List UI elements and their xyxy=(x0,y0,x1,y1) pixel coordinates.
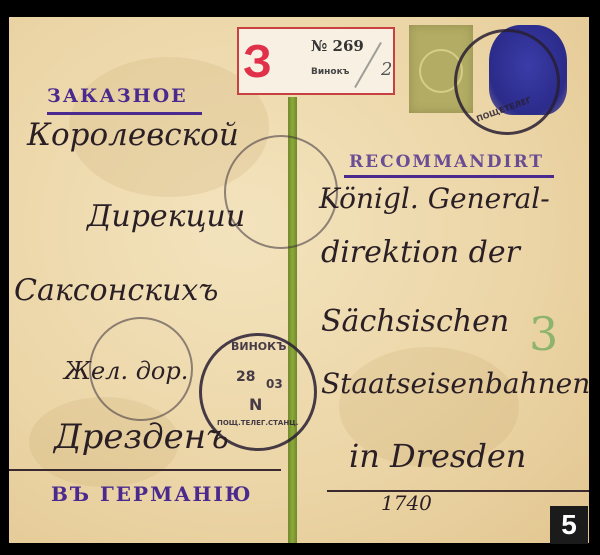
registration-label: З № 269 Винокъ 2 xyxy=(237,27,395,95)
postmark-center-series: N xyxy=(249,395,262,414)
recommandirt-handstamp: RECOMMANDIRT xyxy=(349,152,544,172)
germany-handstamp: ВЪ ГЕРМАНIЮ xyxy=(51,482,253,506)
postmark-center-bottom: ПОЩ.ТЕЛЕГ.СТАНЦ. xyxy=(217,419,298,427)
postmark-center-day: 28 xyxy=(236,369,255,385)
address-line: Жел. дор. xyxy=(64,357,188,385)
postmark-center-town: ВИНОКЪ xyxy=(231,340,286,353)
registration-pen-mark: 2 xyxy=(381,59,392,80)
postmark-top-right xyxy=(454,29,560,135)
postmark-center-year: 03 xyxy=(266,377,283,391)
address-line: Дирекции xyxy=(87,199,245,234)
address-line-de: Königl. General- xyxy=(319,182,550,215)
address-line-de: Sächsischen xyxy=(321,304,509,339)
receipt-number: 1740 xyxy=(381,491,432,515)
address-line: Дрезденъ xyxy=(54,417,229,457)
address-rule-de xyxy=(327,490,589,492)
address-line: Королевской xyxy=(27,117,239,153)
address-rule xyxy=(9,469,281,471)
registration-letter: З xyxy=(243,35,272,87)
green-annotation: 3 xyxy=(529,307,558,361)
zakaznoe-underline xyxy=(47,112,202,115)
postal-cover: З № 269 Винокъ 2 ПОЩЕТЕЛЕГ ЗАКАЗНОЕ RECO… xyxy=(9,17,589,543)
address-line-de: in Dresden xyxy=(349,437,526,475)
figure-number-badge: 5 xyxy=(550,506,588,544)
registration-office: Винокъ xyxy=(311,67,349,77)
address-line: Саксонскихъ xyxy=(14,273,218,308)
address-line-de: direktion der xyxy=(321,235,520,270)
recommandirt-underline xyxy=(344,175,554,178)
zakaznoe-handstamp: ЗАКАЗНОЕ xyxy=(47,85,188,107)
address-line-de: Staatseisenbahnen xyxy=(321,367,589,400)
registration-number: № 269 xyxy=(311,37,364,55)
